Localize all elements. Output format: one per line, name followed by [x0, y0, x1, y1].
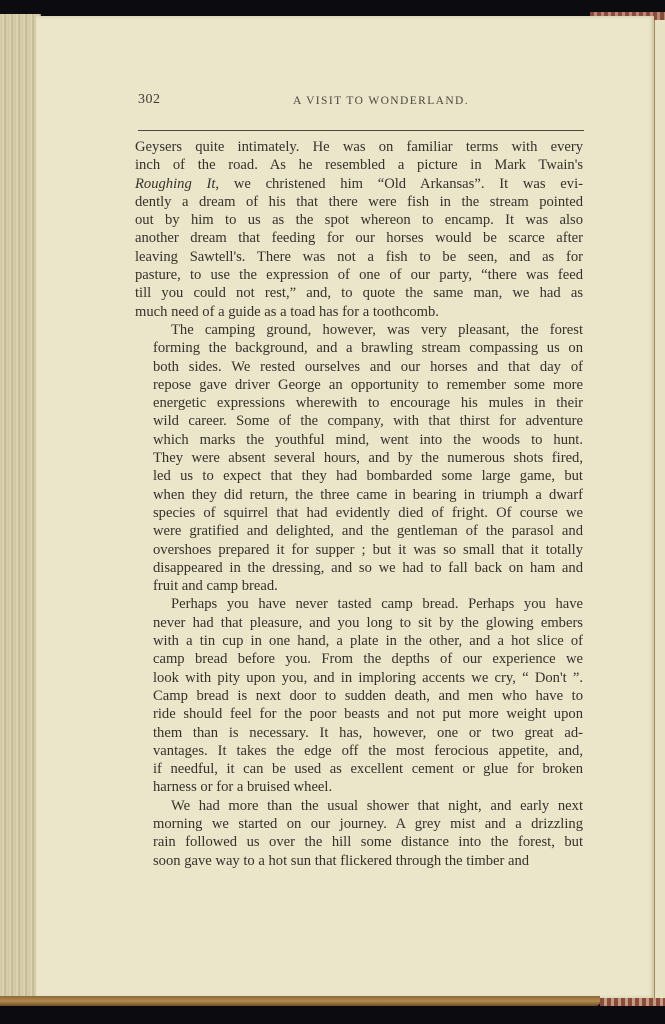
- text-line: disappeared in the dressing, and so we h…: [135, 559, 583, 577]
- text-line: Geysers quite intimately. He was on fami…: [135, 138, 583, 156]
- text-line: out by him to us as the spot whereon to …: [135, 211, 583, 229]
- book-edge-bottom-right: [600, 998, 665, 1006]
- text-line: with a tin cup in one hand, a plate in t…: [135, 632, 583, 650]
- running-head: A VISIT TO WONDERLAND.: [138, 95, 584, 107]
- text-line: much need of a guide as a toad has for a…: [135, 303, 583, 321]
- text-line: leaving Sawtell's. There was not a fish …: [135, 248, 583, 266]
- text-line: dently a dream of his that there were fi…: [135, 193, 583, 211]
- page-header: 302 A VISIT TO WONDERLAND.: [138, 92, 584, 114]
- text-line: them than is necessary. It has, however,…: [135, 724, 583, 742]
- text-line: repose gave driver George an opportunity…: [135, 376, 583, 394]
- text-line: till you could not rest,” and, to quote …: [135, 284, 583, 302]
- text-line: camp bread before you. From the depths o…: [135, 650, 583, 668]
- text-line: fruit and camp bread.: [135, 577, 583, 595]
- text-line: Perhaps you have never tasted camp bread…: [135, 595, 583, 613]
- text-line: They were absent several hours, and by t…: [135, 449, 583, 467]
- text-line: species of squirrel that had evidently d…: [135, 504, 583, 522]
- text-line: morning we started on our journey. A gre…: [135, 815, 583, 833]
- next-page-edge: [654, 20, 665, 998]
- text-line: Roughing It, we christened him “Old Arka…: [135, 175, 583, 193]
- page-stack-edge: [0, 14, 41, 1004]
- text-line: energetic expressions wherewith to encou…: [135, 394, 583, 412]
- text-line: rain followed us over the hill some dist…: [135, 833, 583, 851]
- book-title-italic: Roughing It: [135, 176, 215, 192]
- text-line: which marks the youthful mind, went into…: [135, 431, 583, 449]
- text-line: never had that pleasure, and you long to…: [135, 614, 583, 632]
- text-line: when they did return, the three came in …: [135, 486, 583, 504]
- text-line: another dream that feeding for our horse…: [135, 229, 583, 247]
- text-line: The camping ground, however, was very pl…: [135, 321, 583, 339]
- text-line: if needful, it can be used as excellent …: [135, 760, 583, 778]
- text-line: ride should feel for the poor beasts and…: [135, 705, 583, 723]
- text-line: inch of the road. As he resembled a pict…: [135, 156, 583, 174]
- header-rule: [138, 130, 584, 131]
- book-cover-bottom-edge: [0, 996, 600, 1006]
- text-line: led us to expect that they had bombarded…: [135, 467, 583, 485]
- text-line: forming the background, and a brawling s…: [135, 339, 583, 357]
- text-line: harness or for a bruised wheel.: [135, 778, 583, 796]
- text-line: vantages. It takes the edge off the most…: [135, 742, 583, 760]
- text-line: We had more than the usual shower that n…: [135, 797, 583, 815]
- text-line: wild career. Some of the company, with t…: [135, 412, 583, 430]
- text-line: pasture, to use the expression of one of…: [135, 266, 583, 284]
- paragraph: Geysers quite intimately. He was on fami…: [135, 138, 583, 321]
- text-line: look with pity upon you, and in implorin…: [135, 669, 583, 687]
- body-text: Geysers quite intimately. He was on fami…: [135, 138, 583, 870]
- paragraph: We had more than the usual shower that n…: [135, 797, 583, 870]
- text-line: both sides. We rested ourselves and our …: [135, 358, 583, 376]
- paragraph: The camping ground, however, was very pl…: [135, 321, 583, 595]
- text-line: overshoes prepared it for supper ; but i…: [135, 541, 583, 559]
- paragraph: Perhaps you have never tasted camp bread…: [135, 595, 583, 796]
- text-line: Camp bread is next door to sudden death,…: [135, 687, 583, 705]
- text-line: soon gave way to a hot sun that flickere…: [135, 852, 583, 870]
- text-line: were gratified and delighted, and the ge…: [135, 522, 583, 540]
